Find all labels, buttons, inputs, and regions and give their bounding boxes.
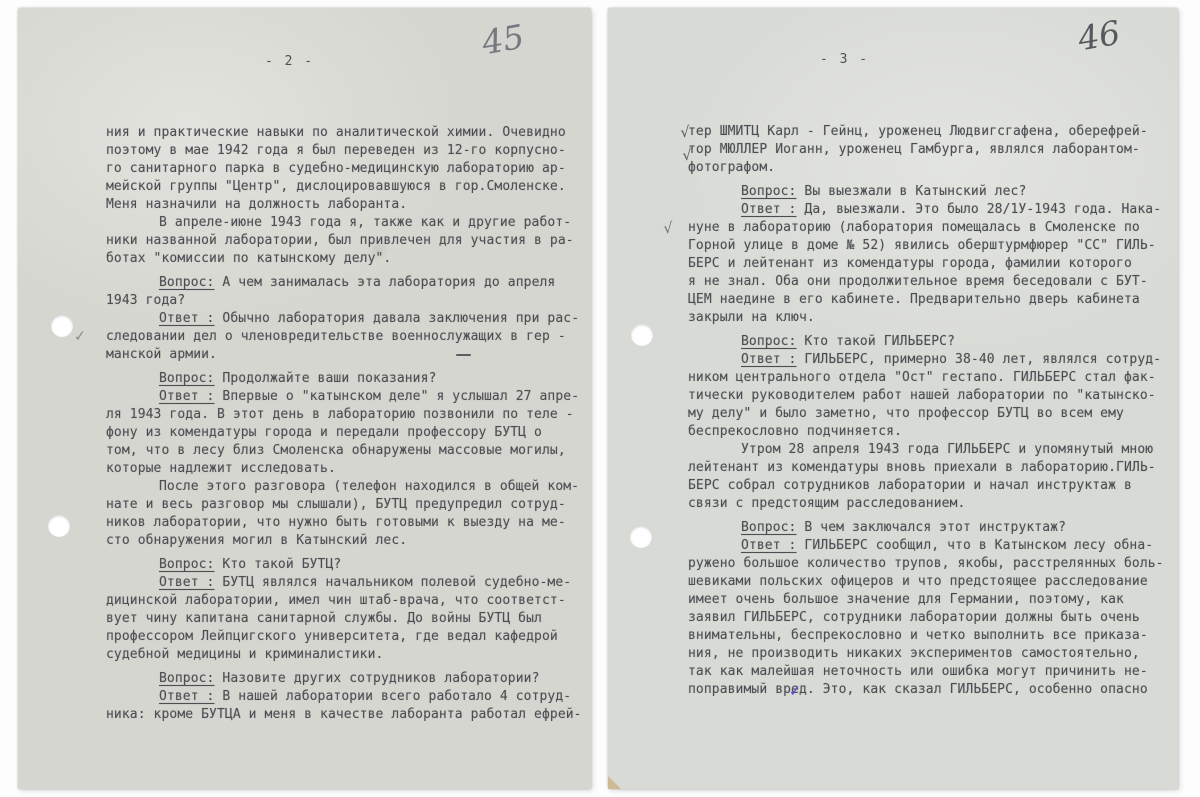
checkmark-annotation: ✓	[73, 327, 87, 346]
checkmark-annotation: ✓	[788, 682, 802, 701]
checkmark-annotation: √	[682, 146, 693, 165]
text-line: 1943 года?	[106, 292, 584, 310]
text-line: После этого разговора (телефон находился…	[106, 478, 584, 496]
text-line: манской армии.	[106, 346, 584, 364]
text-line: Вопрос: Кто такой БУТЦ?	[106, 556, 584, 574]
text-line: Вопрос: В чем заключался этот инструктаж…	[688, 519, 1172, 537]
text-line: фону из комендатуры города и передали пр…	[106, 424, 584, 442]
qa-label: Ответ :	[159, 575, 215, 590]
punch-hole	[631, 324, 653, 346]
text-line: вует чину капитана санитарной службы. До…	[106, 610, 584, 628]
body-paragraph: После этого разговора (телефон находился…	[106, 478, 584, 550]
text-line: Утром 28 апреля 1943 года ГИЛЬБЕРС и упо…	[688, 441, 1172, 459]
text-line: ния, не производить никаких эксперименто…	[688, 645, 1172, 663]
text-line: ля 1943 года. В этот день в лабораторию …	[106, 406, 584, 424]
text-line: так как малейшая неточность или ошибка м…	[688, 663, 1172, 681]
text-line: заявил ГИЛЬБЕРС, сотрудники лаборатории …	[688, 609, 1172, 627]
text-line: беспрекословно подчиняется.	[688, 423, 1172, 441]
text-line: поправимый вред. Это, как сказал ГИЛЬБЕР…	[688, 681, 1172, 699]
text-line: ЦЕМ наедине в его кабинете. Предваритель…	[688, 291, 1172, 309]
qa-paragraph: Ответ : Да, выезжали. Это было 28/1У-194…	[688, 201, 1172, 327]
text-line: ником центрального отдела "Ост" гестапо.…	[688, 369, 1172, 387]
text-line: тически руководителем работ нашей лабора…	[688, 387, 1172, 405]
qa-paragraph: Вопрос: Кто такой БУТЦ?	[106, 556, 584, 574]
qa-label: Ответ :	[741, 538, 797, 553]
qa-paragraph: Вопрос: Продолжайте ваши показания?	[106, 370, 584, 388]
qa-label: Ответ :	[159, 389, 215, 404]
qa-label: Ответ :	[741, 202, 797, 217]
text-line: Ответ : БУТЦ являлся начальником полевой…	[106, 574, 584, 592]
punch-hole	[51, 315, 73, 337]
text-line: ники названной лаборатории, был привлече…	[106, 232, 584, 250]
text-line: БЕРС и лейтенант из комендатуры города, …	[688, 255, 1172, 273]
qa-label: Ответ :	[741, 352, 797, 367]
document-scan: - 2 - 45 ния и практические навыки по ан…	[0, 0, 1200, 797]
text-line: закрыли на ключ.	[688, 309, 1172, 327]
text-line: связи с предстоящим расследованием.	[688, 495, 1172, 513]
body-paragraph: Утром 28 апреля 1943 года ГИЛЬБЕРС и упо…	[688, 441, 1172, 513]
qa-paragraph: Вопрос: Вы выезжали в Катынский лес?	[688, 183, 1172, 201]
qa-label: Ответ :	[159, 689, 215, 704]
text-line: следовании дел о членовредительстве воен…	[106, 328, 584, 346]
text-line: Ответ : Впервые о "катынском деле" я усл…	[106, 388, 584, 406]
text-line: тор МЮЛЛЕР Иоганн, уроженец Гамбурга, яв…	[688, 141, 1172, 159]
text-line: том, что в лесу близ Смоленска обнаружен…	[106, 442, 584, 460]
text-line: Горной улице в доме № 52) явились обершт…	[688, 237, 1172, 255]
text-line: шевиками польских офицеров и что предсто…	[688, 573, 1172, 591]
text-line: БЕРС собрал сотрудников лаборатории и на…	[688, 477, 1172, 495]
text-line: фотографом.	[688, 159, 1172, 177]
qa-label: Вопрос:	[159, 671, 215, 686]
text-line: которые надлежит исследовать.	[106, 460, 584, 478]
page-number-typed: - 2 -	[265, 54, 314, 69]
archive-number-handwritten: 46	[1075, 13, 1123, 59]
qa-label: Вопрос:	[159, 557, 215, 572]
text-line: тер ШМИТЦ Карл - Гейнц, уроженец Людвигс…	[688, 123, 1172, 141]
text-line: Вопрос: Продолжайте ваши показания?	[106, 370, 584, 388]
text-line: В апреле-июне 1943 года я, также как и д…	[106, 214, 584, 232]
page-2: - 2 - 45 ния и практические навыки по ан…	[18, 8, 591, 789]
qa-label: Вопрос:	[741, 334, 797, 349]
text-line: поэтому в мае 1942 года я был переведен …	[106, 142, 584, 160]
page-3: - 3 - 46 тер ШМИТЦ Карл - Гейнц, урожене…	[608, 8, 1178, 789]
text-line: ника: кроме БУТЦА и меня в качестве лабо…	[106, 706, 584, 724]
text-line: Вопрос: Вы выезжали в Катынский лес?	[688, 183, 1172, 201]
text-line: ружено большое количество трупов, якобы,…	[688, 555, 1172, 573]
text-line: го санитарного парка в судебно-медицинск…	[106, 160, 584, 178]
text-line: имеет очень большое значение для Германи…	[688, 591, 1172, 609]
text-line: му делу" и было заметно, что профессор Б…	[688, 405, 1172, 423]
qa-paragraph: Вопрос: Кто такой ГИЛЬБЕРС?	[688, 333, 1172, 351]
archive-number-handwritten: 45	[479, 17, 527, 63]
text-line: Меня назначили на должность лаборанта.	[106, 196, 584, 214]
qa-paragraph: Ответ : БУТЦ являлся начальником полевой…	[106, 574, 584, 664]
text-line: ния и практические навыки по аналитическ…	[106, 124, 584, 142]
qa-label: Вопрос:	[741, 184, 797, 199]
punch-hole	[630, 526, 652, 548]
qa-label: Вопрос:	[741, 520, 797, 535]
qa-label: Вопрос:	[159, 371, 215, 386]
text-line: ботах "комиссии по катынскому делу".	[106, 250, 584, 268]
body-paragraph: ния и практические навыки по аналитическ…	[106, 124, 584, 214]
page-number-typed: - 3 -	[820, 52, 869, 67]
text-line: дицинской лаборатории, имел чин штаб-вра…	[106, 592, 584, 610]
text-line: судебной медицины и криминалистики.	[106, 646, 584, 664]
qa-paragraph: Ответ : Обычно лаборатория давала заключ…	[106, 310, 584, 364]
pencil-underline-annotation	[456, 354, 471, 356]
text-line: лейтенант из комендатуры вновь приехали …	[688, 459, 1172, 477]
checkmark-annotation: √	[680, 123, 691, 142]
qa-label: Ответ :	[159, 311, 215, 326]
text-line: Ответ : ГИЛЬБЕРС сообщил, что в Катынско…	[688, 537, 1172, 555]
checkmark-annotation: √	[663, 219, 674, 238]
page-text: тер ШМИТЦ Карл - Гейнц, уроженец Людвигс…	[688, 123, 1172, 699]
page-text: ния и практические навыки по аналитическ…	[106, 124, 584, 724]
qa-paragraph: Вопрос: В чем заключался этот инструктаж…	[688, 519, 1172, 537]
text-line: Вопрос: А чем занималась эта лаборатория…	[106, 274, 584, 292]
text-line: мейской группы "Центр", дислоцировавшуюс…	[106, 178, 584, 196]
text-line: Ответ : ГИЛЬБЕРС, примерно 38-40 лет, яв…	[688, 351, 1172, 369]
text-line: Вопрос: Назовите других сотрудников лабо…	[106, 670, 584, 688]
qa-paragraph: Ответ : ГИЛЬБЕРС, примерно 38-40 лет, яв…	[688, 351, 1172, 441]
text-line: внимательны, беспрекословно и четко выпо…	[688, 627, 1172, 645]
text-line: Вопрос: Кто такой ГИЛЬБЕРС?	[688, 333, 1172, 351]
text-line: профессором Лейпцигского университета, г…	[106, 628, 584, 646]
punch-hole	[48, 515, 70, 537]
body-paragraph: В апреле-июне 1943 года я, также как и д…	[106, 214, 584, 268]
text-line: я не знал. Оба они продолжительное время…	[688, 273, 1172, 291]
text-line: Ответ : В нашей лаборатории всего работа…	[106, 688, 584, 706]
qa-label: Вопрос:	[159, 275, 215, 290]
qa-paragraph: Ответ : ГИЛЬБЕРС сообщил, что в Катынско…	[688, 537, 1172, 699]
qa-paragraph: Вопрос: А чем занималась эта лаборатория…	[106, 274, 584, 310]
text-line: Ответ : Да, выезжали. Это было 28/1У-194…	[688, 201, 1172, 219]
body-paragraph: тер ШМИТЦ Карл - Гейнц, уроженец Людвигс…	[688, 123, 1172, 177]
text-line: нате и весь разговор мы слышали), БУТЦ п…	[106, 496, 584, 514]
text-line: сто обнаружения могил в Катынский лес.	[106, 532, 584, 550]
qa-paragraph: Вопрос: Назовите других сотрудников лабо…	[106, 670, 584, 688]
qa-paragraph: Ответ : Впервые о "катынском деле" я усл…	[106, 388, 584, 478]
text-line: ников лаборатории, что нужно быть готовы…	[106, 514, 584, 532]
qa-paragraph: Ответ : В нашей лаборатории всего работа…	[106, 688, 584, 724]
text-line: нуне в лабораторию (лаборатория помещала…	[688, 219, 1172, 237]
text-line: Ответ : Обычно лаборатория давала заключ…	[106, 310, 584, 328]
